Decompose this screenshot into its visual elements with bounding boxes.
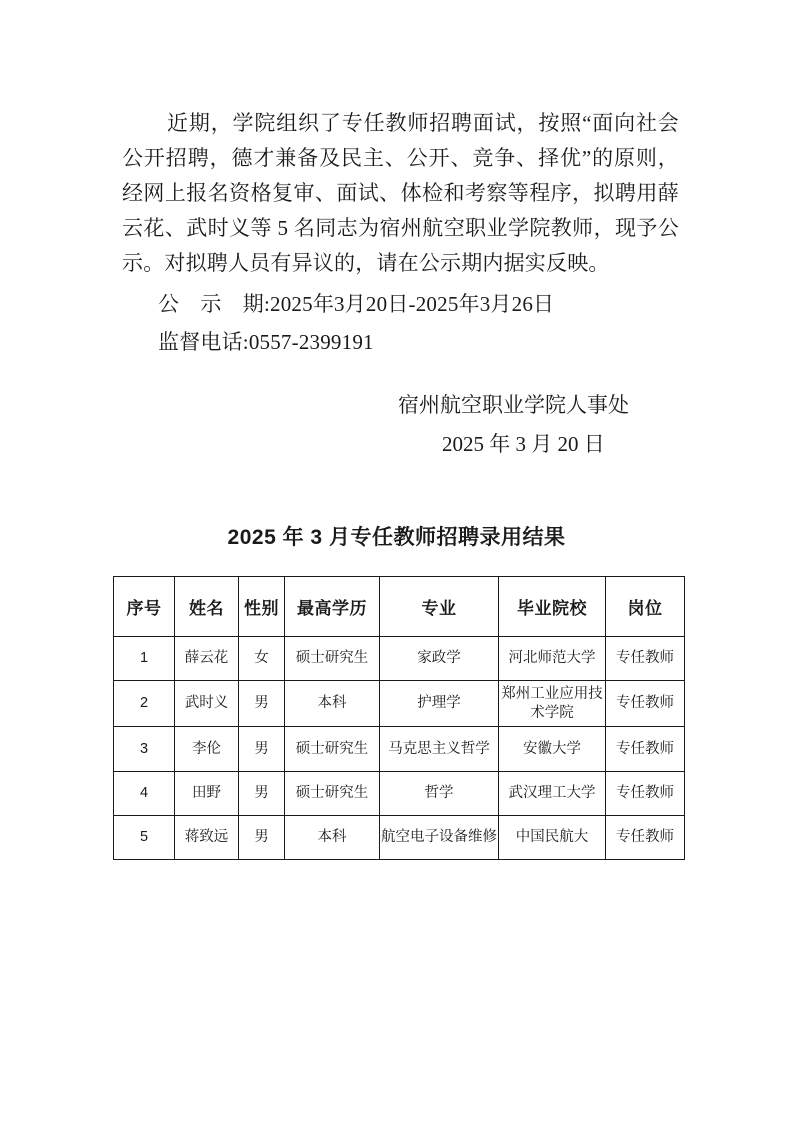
header-cell-education: 最高学历	[285, 577, 380, 637]
table-cell: 本科	[285, 816, 380, 860]
document-page: 近期，学院组织了专任教师招聘面试，按照“面向社会公开招聘，德才兼备及民主、公开、…	[0, 0, 793, 1122]
table-cell: 安徽大学	[499, 727, 606, 772]
table-cell: 硕士研究生	[285, 772, 380, 816]
header-cell-major: 专业	[380, 577, 499, 637]
table-cell: 薛云花	[175, 637, 239, 681]
table-cell: 中国民航大	[499, 816, 606, 860]
table-title: 2025 年 3 月专任教师招聘录用结果	[0, 523, 793, 553]
table-cell: 5	[114, 816, 175, 860]
table-cell: 专任教师	[606, 637, 685, 681]
table-cell: 家政学	[380, 637, 499, 681]
results-table-head: 序号 姓名 性别 最高学历 专业 毕业院校 岗位	[114, 577, 685, 637]
header-cell-name: 姓名	[175, 577, 239, 637]
table-cell: 男	[239, 816, 285, 860]
table-cell: 河北师范大学	[499, 637, 606, 681]
table-row: 5蒋致远男本科航空电子设备维修中国民航大专任教师	[114, 816, 685, 860]
table-cell: 专任教师	[606, 681, 685, 727]
table-cell: 郑州工业应用技术学院	[499, 681, 606, 727]
header-cell-gender: 性别	[239, 577, 285, 637]
table-cell: 武时义	[175, 681, 239, 727]
table-cell: 本科	[285, 681, 380, 727]
header-cell-position: 岗位	[606, 577, 685, 637]
results-table: 序号 姓名 性别 最高学历 专业 毕业院校 岗位 1薛云花女硕士研究生家政学河北…	[113, 576, 685, 860]
table-cell: 田野	[175, 772, 239, 816]
table-cell: 专任教师	[606, 816, 685, 860]
table-cell: 男	[239, 772, 285, 816]
table-cell: 4	[114, 772, 175, 816]
header-cell-index: 序号	[114, 577, 175, 637]
supervision-phone: 监督电话:0557-2399191	[122, 323, 679, 361]
table-row: 3李伦男硕士研究生马克思主义哲学安徽大学专任教师	[114, 727, 685, 772]
signature-department: 宿州航空职业学院人事处	[398, 390, 629, 420]
table-cell: 护理学	[380, 681, 499, 727]
table-cell: 武汉理工大学	[499, 772, 606, 816]
announcement-body: 近期，学院组织了专任教师招聘面试，按照“面向社会公开招聘，德才兼备及民主、公开、…	[122, 106, 679, 361]
public-notice-period: 公 示 期:2025年3月20日-2025年3月26日	[122, 285, 679, 323]
table-cell: 硕士研究生	[285, 727, 380, 772]
announcement-info-lines: 公 示 期:2025年3月20日-2025年3月26日 监督电话:0557-23…	[122, 285, 679, 361]
table-cell: 航空电子设备维修	[380, 816, 499, 860]
table-cell: 1	[114, 637, 175, 681]
table-cell: 专任教师	[606, 772, 685, 816]
table-row: 1薛云花女硕士研究生家政学河北师范大学专任教师	[114, 637, 685, 681]
signature-date: 2025 年 3 月 20 日	[442, 429, 605, 459]
table-cell: 男	[239, 681, 285, 727]
header-cell-university: 毕业院校	[499, 577, 606, 637]
table-row: 2武时义男本科护理学郑州工业应用技术学院专任教师	[114, 681, 685, 727]
table-header-row: 序号 姓名 性别 最高学历 专业 毕业院校 岗位	[114, 577, 685, 637]
table-cell: 2	[114, 681, 175, 727]
table-cell: 女	[239, 637, 285, 681]
table-row: 4田野男硕士研究生哲学武汉理工大学专任教师	[114, 772, 685, 816]
announcement-paragraph: 近期，学院组织了专任教师招聘面试，按照“面向社会公开招聘，德才兼备及民主、公开、…	[122, 106, 679, 281]
table-cell: 李伦	[175, 727, 239, 772]
table-cell: 马克思主义哲学	[380, 727, 499, 772]
table-cell: 专任教师	[606, 727, 685, 772]
table-cell: 3	[114, 727, 175, 772]
table-cell: 硕士研究生	[285, 637, 380, 681]
table-cell: 蒋致远	[175, 816, 239, 860]
table-cell: 哲学	[380, 772, 499, 816]
table-cell: 男	[239, 727, 285, 772]
results-table-body: 1薛云花女硕士研究生家政学河北师范大学专任教师2武时义男本科护理学郑州工业应用技…	[114, 637, 685, 860]
